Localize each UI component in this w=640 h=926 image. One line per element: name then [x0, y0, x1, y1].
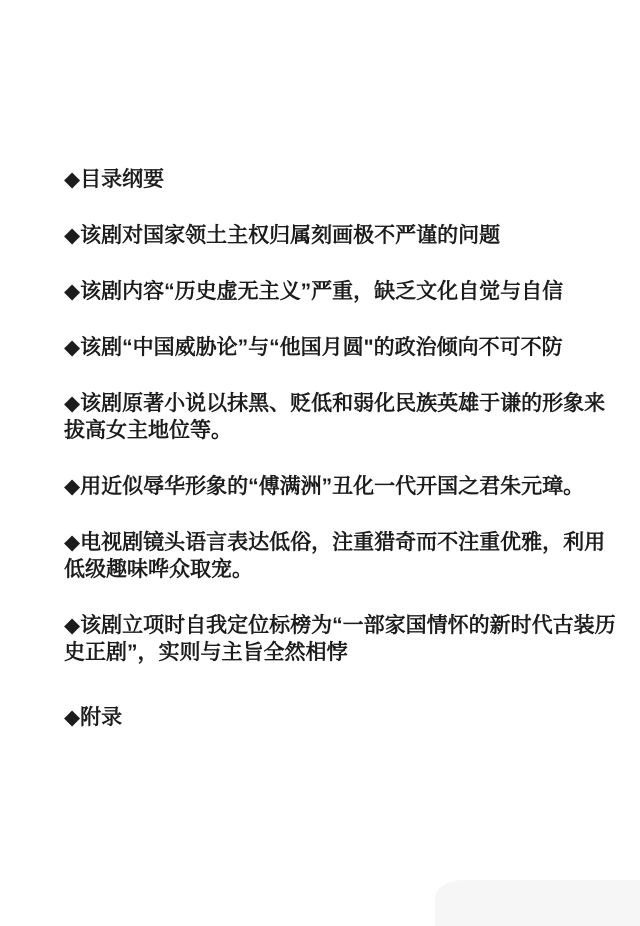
diamond-bullet-icon: ◆ — [64, 280, 80, 303]
list-item-text: 该剧内容“历史虚无主义”严重，缺乏文化自觉与自信 — [80, 280, 563, 303]
list-item: ◆附录 — [64, 704, 624, 731]
diamond-bullet-icon: ◆ — [64, 475, 80, 498]
list-item-text: 该剧立项时自我定位标榜为“一部家国情怀的新时代古装历史正剧”，实则与主旨全然相悖 — [64, 614, 616, 664]
diamond-bullet-icon: ◆ — [64, 531, 80, 554]
list-item: ◆该剧原著小说以抹黑、贬低和弱化民族英雄于谦的形象来拔高女主地位等。 — [64, 390, 624, 444]
list-item-text: 该剧原著小说以抹黑、贬低和弱化民族英雄于谦的形象来拔高女主地位等。 — [64, 392, 605, 442]
list-item: ◆该剧内容“历史虚无主义”严重，缺乏文化自觉与自信 — [64, 278, 624, 305]
list-item-text: 附录 — [80, 706, 122, 729]
outline-list: ◆目录纲要 ◆该剧对国家领土主权归属刻画极不严谨的问题 ◆该剧内容“历史虚无主义… — [64, 166, 624, 731]
list-item: ◆该剧“中国威胁论”与“他国月圆"的政治倾向不可不防 — [64, 334, 624, 361]
document-page: ◆目录纲要 ◆该剧对国家领土主权归属刻画极不严谨的问题 ◆该剧内容“历史虚无主义… — [0, 0, 640, 926]
list-item-text: 电视剧镜头语言表达低俗，注重猎奇而不注重优雅，利用低级趣味哗众取宠。 — [64, 531, 605, 581]
watermark-smudge — [435, 880, 640, 926]
list-item: ◆电视剧镜头语言表达低俗，注重猎奇而不注重优雅，利用低级趣味哗众取宠。 — [64, 529, 624, 583]
diamond-bullet-icon: ◆ — [64, 168, 80, 191]
diamond-bullet-icon: ◆ — [64, 614, 80, 637]
list-item-text: 目录纲要 — [80, 168, 164, 191]
list-item-text: 该剧对国家领土主权归属刻画极不严谨的问题 — [80, 224, 500, 247]
list-item-text: 该剧“中国威胁论”与“他国月圆"的政治倾向不可不防 — [80, 336, 562, 359]
diamond-bullet-icon: ◆ — [64, 224, 80, 247]
diamond-bullet-icon: ◆ — [64, 392, 80, 415]
list-item: ◆目录纲要 — [64, 166, 624, 193]
list-item: ◆该剧对国家领土主权归属刻画极不严谨的问题 — [64, 222, 624, 249]
diamond-bullet-icon: ◆ — [64, 706, 80, 729]
list-item: ◆该剧立项时自我定位标榜为“一部家国情怀的新时代古装历史正剧”，实则与主旨全然相… — [64, 612, 624, 666]
list-item: ◆用近似辱华形象的“傅满洲”丑化一代开国之君朱元璋。 — [64, 473, 624, 500]
list-item-text: 用近似辱华形象的“傅满洲”丑化一代开国之君朱元璋。 — [80, 475, 584, 498]
diamond-bullet-icon: ◆ — [64, 336, 80, 359]
